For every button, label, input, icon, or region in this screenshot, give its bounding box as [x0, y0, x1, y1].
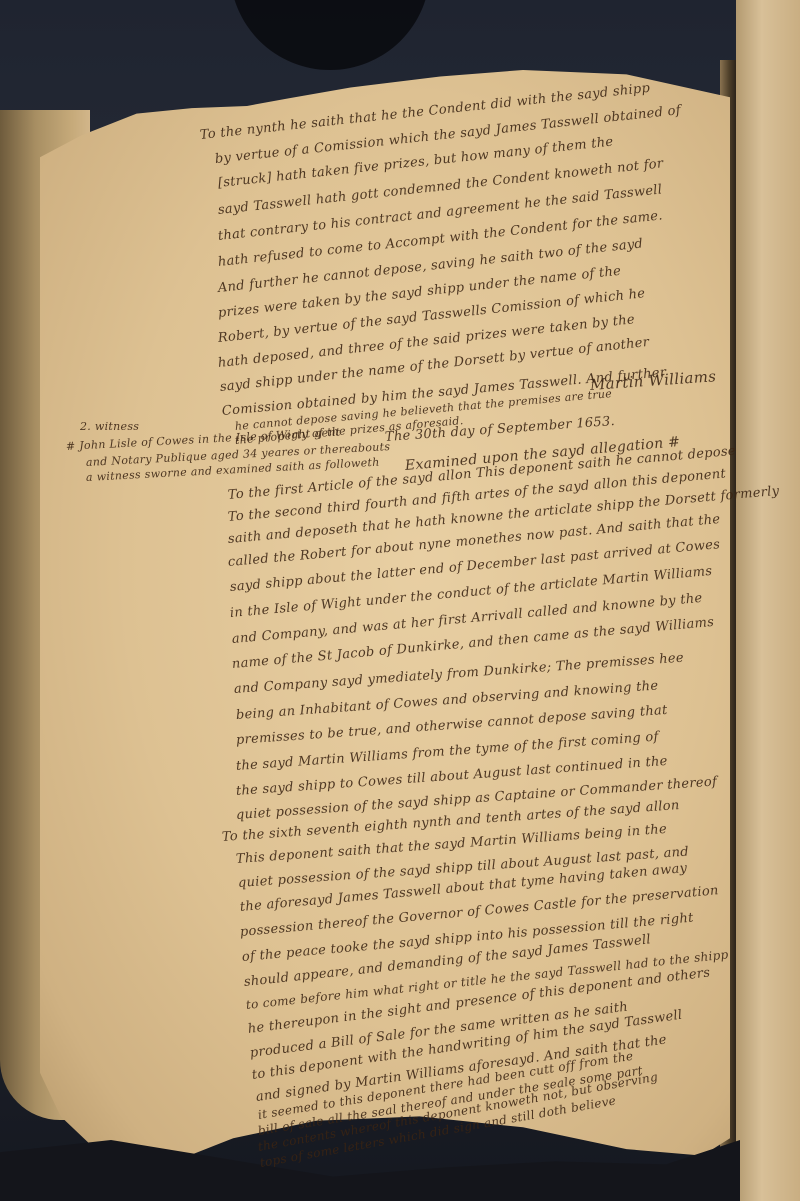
background-shadow — [230, 0, 430, 70]
witness-number: 2. witness — [80, 420, 139, 433]
right-page-edge — [736, 0, 800, 1201]
